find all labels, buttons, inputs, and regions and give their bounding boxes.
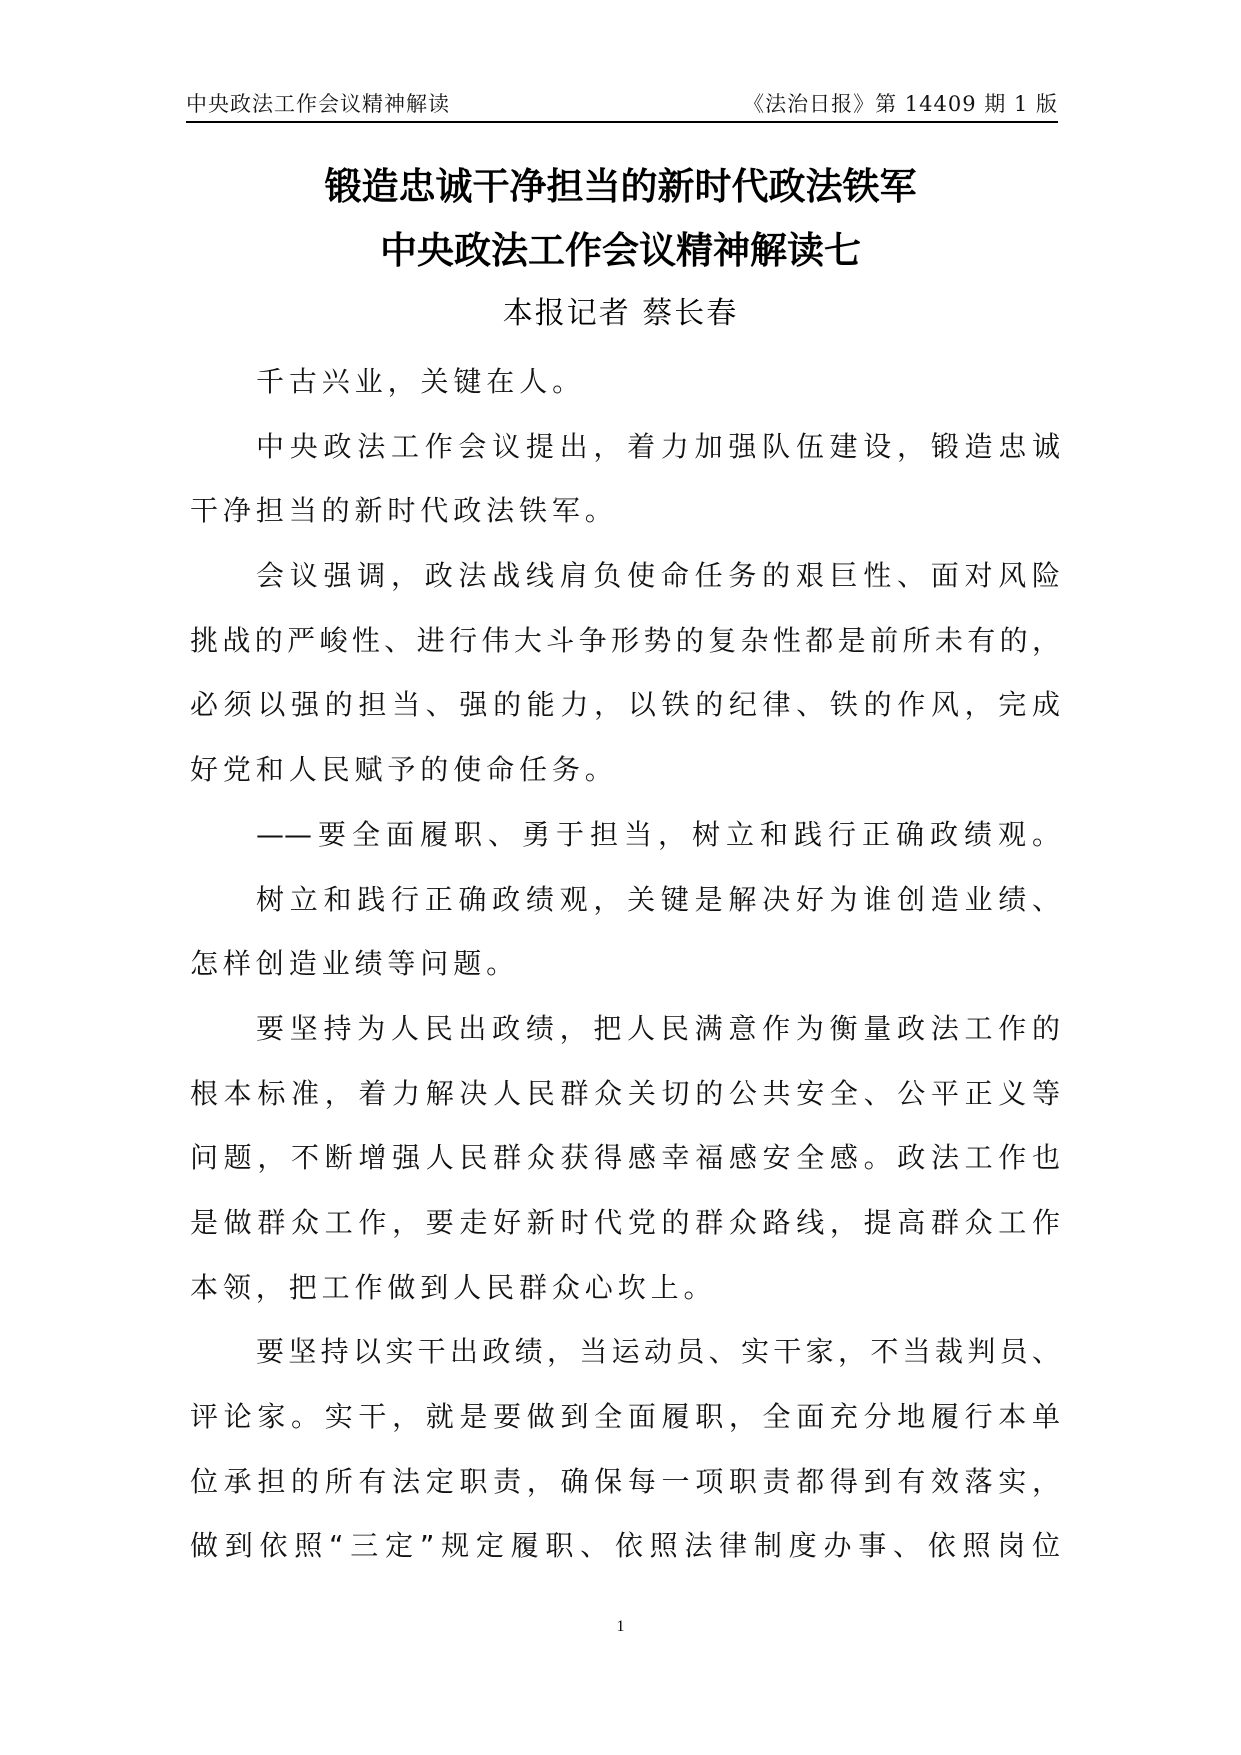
article-subtitle: 中央政法工作会议精神解读七 (0, 220, 1241, 274)
header-section-title: 中央政法工作会议精神解读 (186, 88, 450, 118)
article-title: 锻造忠诚干净担当的新时代政法铁军 (0, 156, 1241, 210)
body-line: 本领，把工作做到人民群众心坎上。 (190, 1256, 1060, 1321)
header-divider (186, 121, 1058, 123)
body-line: 问题，不断增强人民群众获得感幸福感安全感。政法工作也 (190, 1126, 1060, 1191)
body-line: 干净担当的新时代政法铁军。 (190, 479, 1060, 544)
header-publication-info: 《法治日报》第 14409 期 1 版 (743, 88, 1058, 118)
page-number: 1 (0, 1618, 1241, 1636)
body-line: 树立和践行正确政绩观，关键是解决好为谁创造业绩、 (190, 868, 1060, 933)
body-line: 千古兴业，关键在人。 (190, 350, 1060, 415)
body-line: ——要全面履职、勇于担当，树立和践行正确政绩观。 (190, 803, 1060, 868)
body-line: 怎样创造业绩等问题。 (190, 932, 1060, 997)
body-line: 中央政法工作会议提出，着力加强队伍建设，锻造忠诚 (190, 415, 1060, 480)
body-line: 必须以强的担当、强的能力，以铁的纪律、铁的作风，完成 (190, 673, 1060, 738)
document-page: 中央政法工作会议精神解读 《法治日报》第 14409 期 1 版 锻造忠诚干净担… (0, 0, 1241, 1755)
body-line: 是做群众工作，要走好新时代党的群众路线，提高群众工作 (190, 1191, 1060, 1256)
body-line: 根本标准，着力解决人民群众关切的公共安全、公平正义等 (190, 1062, 1060, 1127)
body-line: 会议强调，政法战线肩负使命任务的艰巨性、面对风险 (190, 544, 1060, 609)
running-header: 中央政法工作会议精神解读 《法治日报》第 14409 期 1 版 (186, 86, 1058, 120)
body-line: 评论家。实干，就是要做到全面履职，全面充分地履行本单 (190, 1385, 1060, 1450)
body-line: 要坚持以实干出政绩，当运动员、实干家，不当裁判员、 (190, 1320, 1060, 1385)
body-line: 好党和人民赋予的使命任务。 (190, 738, 1060, 803)
body-line: 位承担的所有法定职责，确保每一项职责都得到有效落实， (190, 1450, 1060, 1515)
body-line: 挑战的严峻性、进行伟大斗争形势的复杂性都是前所未有的， (190, 609, 1060, 674)
body-line: 要坚持为人民出政绩，把人民满意作为衡量政法工作的 (190, 997, 1060, 1062)
byline: 本报记者 蔡长春 (0, 288, 1241, 332)
article-body: 千古兴业，关键在人。中央政法工作会议提出，着力加强队伍建设，锻造忠诚干净担当的新… (190, 350, 1060, 1579)
body-line: 做到依照“三定”规定履职、依照法律制度办事、依照岗位 (190, 1514, 1060, 1579)
